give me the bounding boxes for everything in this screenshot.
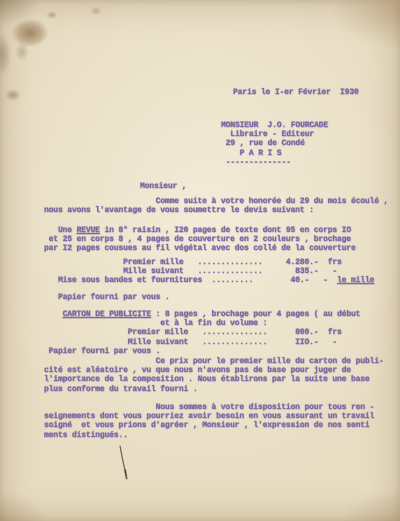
carton-text: : 8 pages , brochage pour 4 pages ( au d… — [151, 310, 360, 319]
papier-note-carton: Papier fourni par vous . — [44, 347, 360, 356]
devis-revue-emphasis: REVUE — [77, 226, 100, 235]
price-row-premier-mille: Premier mille .............. 4.280.- frs — [44, 258, 374, 267]
intro-line: Comme suite à votre honorée du 29 du moi… — [44, 197, 388, 206]
intro-line: nous avons l'avantage de vous soumettre … — [44, 206, 388, 215]
devis-text: Une — [44, 226, 77, 235]
paragraph-closing: Nous sommes à votre disposition pour tou… — [44, 403, 374, 440]
salutation: Monsieur , — [140, 182, 187, 191]
closing-line: soigné et vous prions d'agréer , Monsieu… — [44, 421, 374, 430]
papier-note-revue: Papier fourni par vous . — [44, 293, 170, 302]
prix-para-line: l'importance de la composition . Nous ét… — [44, 375, 384, 384]
price-text: Mise sous bandes et fournitures ........… — [44, 276, 337, 285]
letter-page: Paris le I-er Février I930 MONSIEUR J.O.… — [0, 0, 400, 521]
date-line: Paris le I-er Février I930 — [233, 88, 359, 97]
recipient-city: P A R I S — [221, 149, 328, 158]
paragraph-devis: Une REVUE in 8° raisin , I20 pages de te… — [44, 226, 356, 254]
recipient-street: 29 , rue de Condé — [221, 139, 328, 148]
devis-line: par I2 pages cousues au fil végétal avec… — [44, 244, 356, 253]
recipient-underline: -------------- — [221, 158, 328, 167]
closing-line: ments distingués.. — [44, 431, 374, 440]
carton-heading-line: CARTON DE PUBLICITE : 8 pages , brochage… — [44, 310, 360, 319]
carton-price-premier-mille: Premier mille .............. 800.- frs — [44, 328, 360, 337]
price-row-mise-sous-bandes: Mise sous bandes et fournitures ........… — [44, 276, 374, 285]
prix-para-line: plus conforme du travail fourni . — [44, 385, 384, 394]
recipient-name: MONSIEUR J.O. FOURCADE — [221, 121, 328, 130]
paragraph-prix-aleatoire: Ce prix pour le premier mille du carton … — [44, 357, 384, 394]
devis-line: Une REVUE in 8° raisin , I20 pages de te… — [44, 226, 356, 235]
closing-line: Nous sommes à votre disposition pour tou… — [44, 403, 374, 412]
carton-text — [44, 310, 63, 319]
carton-title-emphasis: CARTON DE PUBLICITE — [63, 310, 151, 319]
paragraph-intro: Comme suite à votre honorée du 29 du moi… — [44, 197, 388, 215]
section-carton-publicite: CARTON DE PUBLICITE : 8 pages , brochage… — [44, 310, 360, 356]
price-table-revue: Premier mille .............. 4.280.- frs… — [44, 258, 374, 286]
pen-mark — [116, 444, 134, 484]
devis-text: in 8° raisin , I20 pages de texte dont 9… — [100, 226, 351, 235]
prix-para-line: Ce prix pour le premier mille du carton … — [44, 357, 384, 366]
recipient-address: MONSIEUR J.O. FOURCADE Libraire - Editeu… — [221, 121, 328, 167]
carton-price-mille-suivant: Mille suivant .............. IIO.- - — [44, 338, 360, 347]
le-mille-emphasis: le mille — [337, 276, 374, 285]
